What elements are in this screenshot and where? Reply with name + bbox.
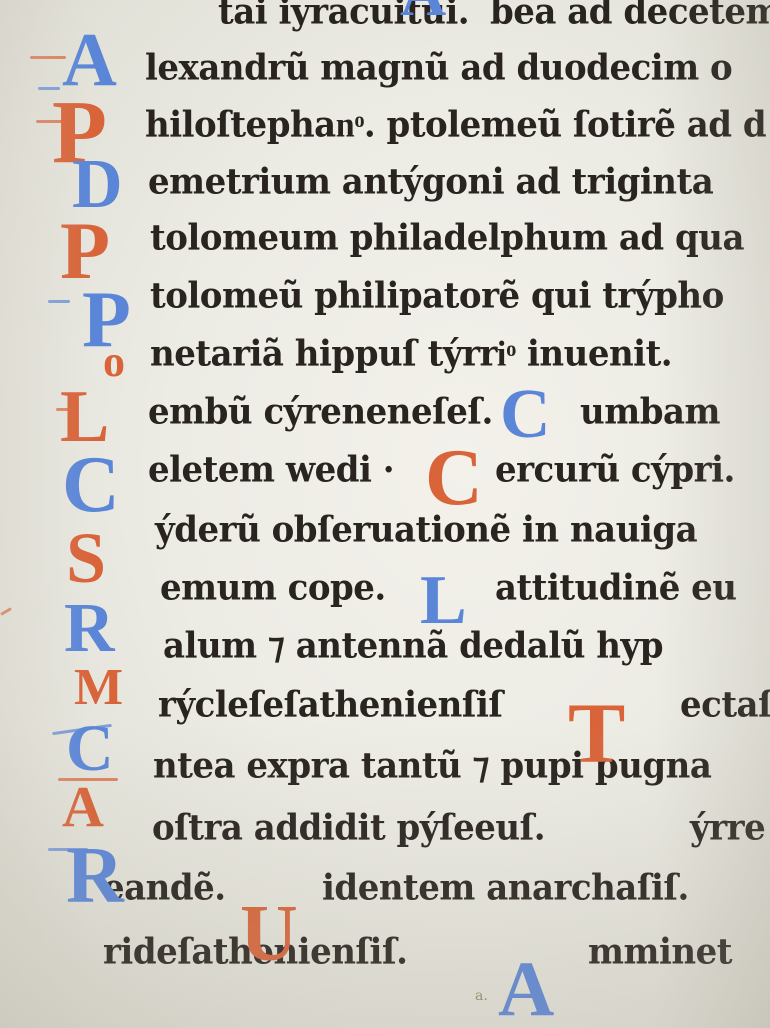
manuscript-line: hiloſtephanͦ. ptolemeũ ſotirẽ ad d — [145, 104, 766, 146]
manuscript-line: ýrre — [690, 807, 765, 849]
initial-red-c: C — [425, 438, 483, 518]
manuscript-line: tolomeum philadelphum ad qua — [150, 217, 744, 259]
manuscript-line: identem anarchaſiſ. — [322, 867, 689, 909]
initial-blue-a: A — [400, 0, 446, 26]
manuscript-line: lexandrũ magnũ ad duodecim o — [145, 47, 732, 89]
manuscript-line: emetrium antýgoni ad triginta — [148, 161, 713, 203]
manuscript-line: ectaſ — [680, 684, 770, 726]
manuscript-line: ntea expra tantũ ⁊ pupi pugna — [153, 745, 711, 787]
margin-flourish — [58, 778, 118, 781]
margin-flourish — [0, 607, 12, 616]
manuscript-line: netariã hippuſ týrriͦ inuenit. — [150, 333, 672, 375]
manuscript-page: tai iyracuitui.bea ad decetemlexandrũ ma… — [0, 0, 770, 1028]
manuscript-line: rýcleſeſathenienſiſ — [158, 684, 503, 726]
margin-flourish — [48, 848, 88, 851]
manuscript-line: ercurũ cýpri. — [495, 449, 735, 491]
initial-blue-a: A — [498, 950, 554, 1028]
initial-blue-l: L — [420, 566, 467, 636]
margin-flourish — [38, 87, 60, 90]
manuscript-line: umbam — [580, 391, 720, 433]
manuscript-line: eletem wedi · — [148, 449, 394, 491]
manuscript-line: attitudinẽ eu — [495, 567, 737, 609]
margin-flourish — [30, 56, 66, 59]
manuscript-line: embũ cýreneneſeſ. — [148, 391, 493, 433]
manuscript-line: alum ⁊ antennã dedalũ hyp — [163, 625, 663, 667]
margin-flourish — [48, 300, 70, 303]
manuscript-line: tolomeũ philipatorẽ qui trýpho — [150, 275, 724, 317]
initial-red-m: M — [74, 662, 123, 714]
manuscript-line: mminet — [588, 931, 732, 973]
initial-blue-c: C — [62, 445, 120, 525]
initial-red-s: S — [66, 522, 106, 594]
initial-red-a: A — [62, 778, 104, 836]
initial-blue-c: C — [500, 380, 551, 450]
manuscript-line: bea ad decetem — [490, 0, 770, 33]
manuscript-line: emum cope. — [160, 567, 386, 609]
margin-flourish — [56, 408, 76, 411]
initial-red-t: T — [568, 690, 625, 776]
initial-red-u: U — [240, 894, 298, 974]
margin-flourish — [36, 120, 66, 123]
manuscript-line: oſtra addidit pýſeeuſ. — [152, 807, 545, 849]
marginal-note: a. — [475, 988, 488, 1004]
initial-blue-r: R — [64, 594, 115, 664]
